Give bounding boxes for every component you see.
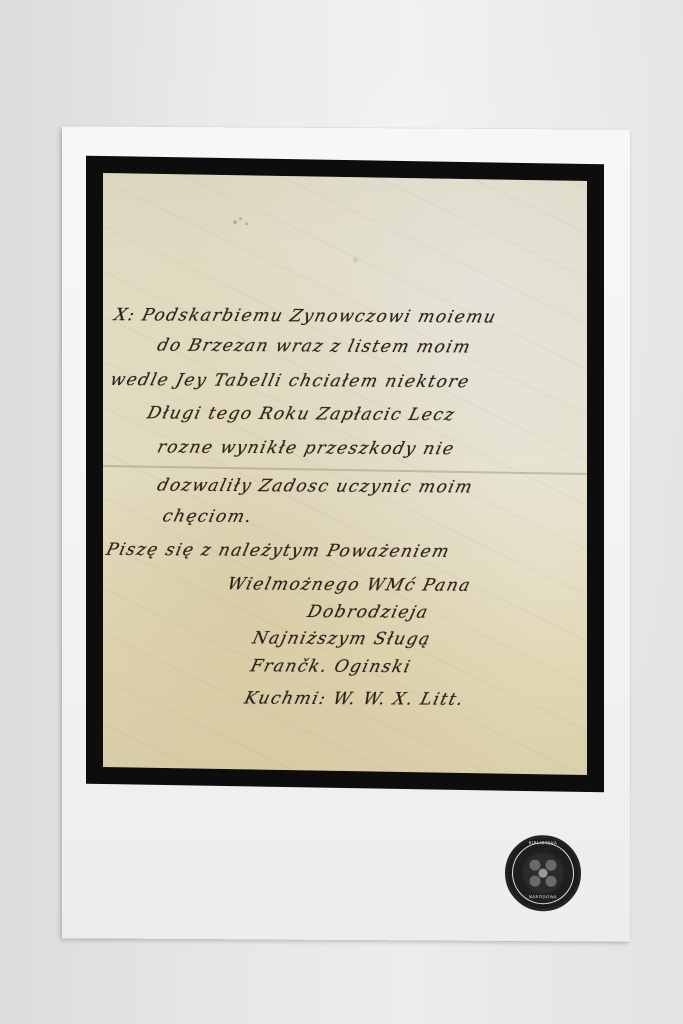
letter-line: wedle Jey Tabelli chciałem niektore (108, 370, 472, 392)
letter-image: X: Podskarbiemu Zynowczowi moiemu do Brz… (103, 173, 587, 775)
letter-line: Długi tego Roku Zapłacic Lecz (145, 403, 457, 425)
seal-top-text: BIBLIOTEKA (507, 839, 579, 847)
letter-line: dozwaliły Zadosc uczynic moim (155, 476, 475, 498)
letter-line: chęciom. (160, 506, 254, 526)
letter-line: Wielmożnego WMć Pana (225, 574, 473, 595)
letter-line: Dobrodzieja (305, 602, 430, 623)
letter-line: Piszę się z należytym Poważeniem (104, 540, 452, 562)
letter-line: Frančk. Oginski (248, 656, 413, 677)
letter-line: X: Podskarbiemu Zynowczowi moiemu (112, 305, 499, 327)
library-seal-icon: BIBLIOTEKA NARODOWA (505, 835, 581, 911)
print-card: X: Podskarbiemu Zynowczowi moiemu do Brz… (62, 126, 630, 941)
seal-bottom-text: NARODOWA (507, 893, 579, 901)
handwritten-text: X: Podskarbiemu Zynowczowi moiemu do Brz… (103, 173, 587, 775)
letter-line: rozne wynikłe przeszkody nie (155, 437, 457, 459)
letter-line: Kuchmi: W. W. X. Litt. (242, 689, 466, 710)
letter-line: do Brzezan wraz z listem moim (155, 336, 473, 358)
seal-inscription: BIBLIOTEKA NARODOWA (507, 837, 579, 909)
document-frame: X: Podskarbiemu Zynowczowi moiemu do Brz… (86, 156, 604, 793)
letter-line: Najniższym Sługą (250, 628, 433, 649)
